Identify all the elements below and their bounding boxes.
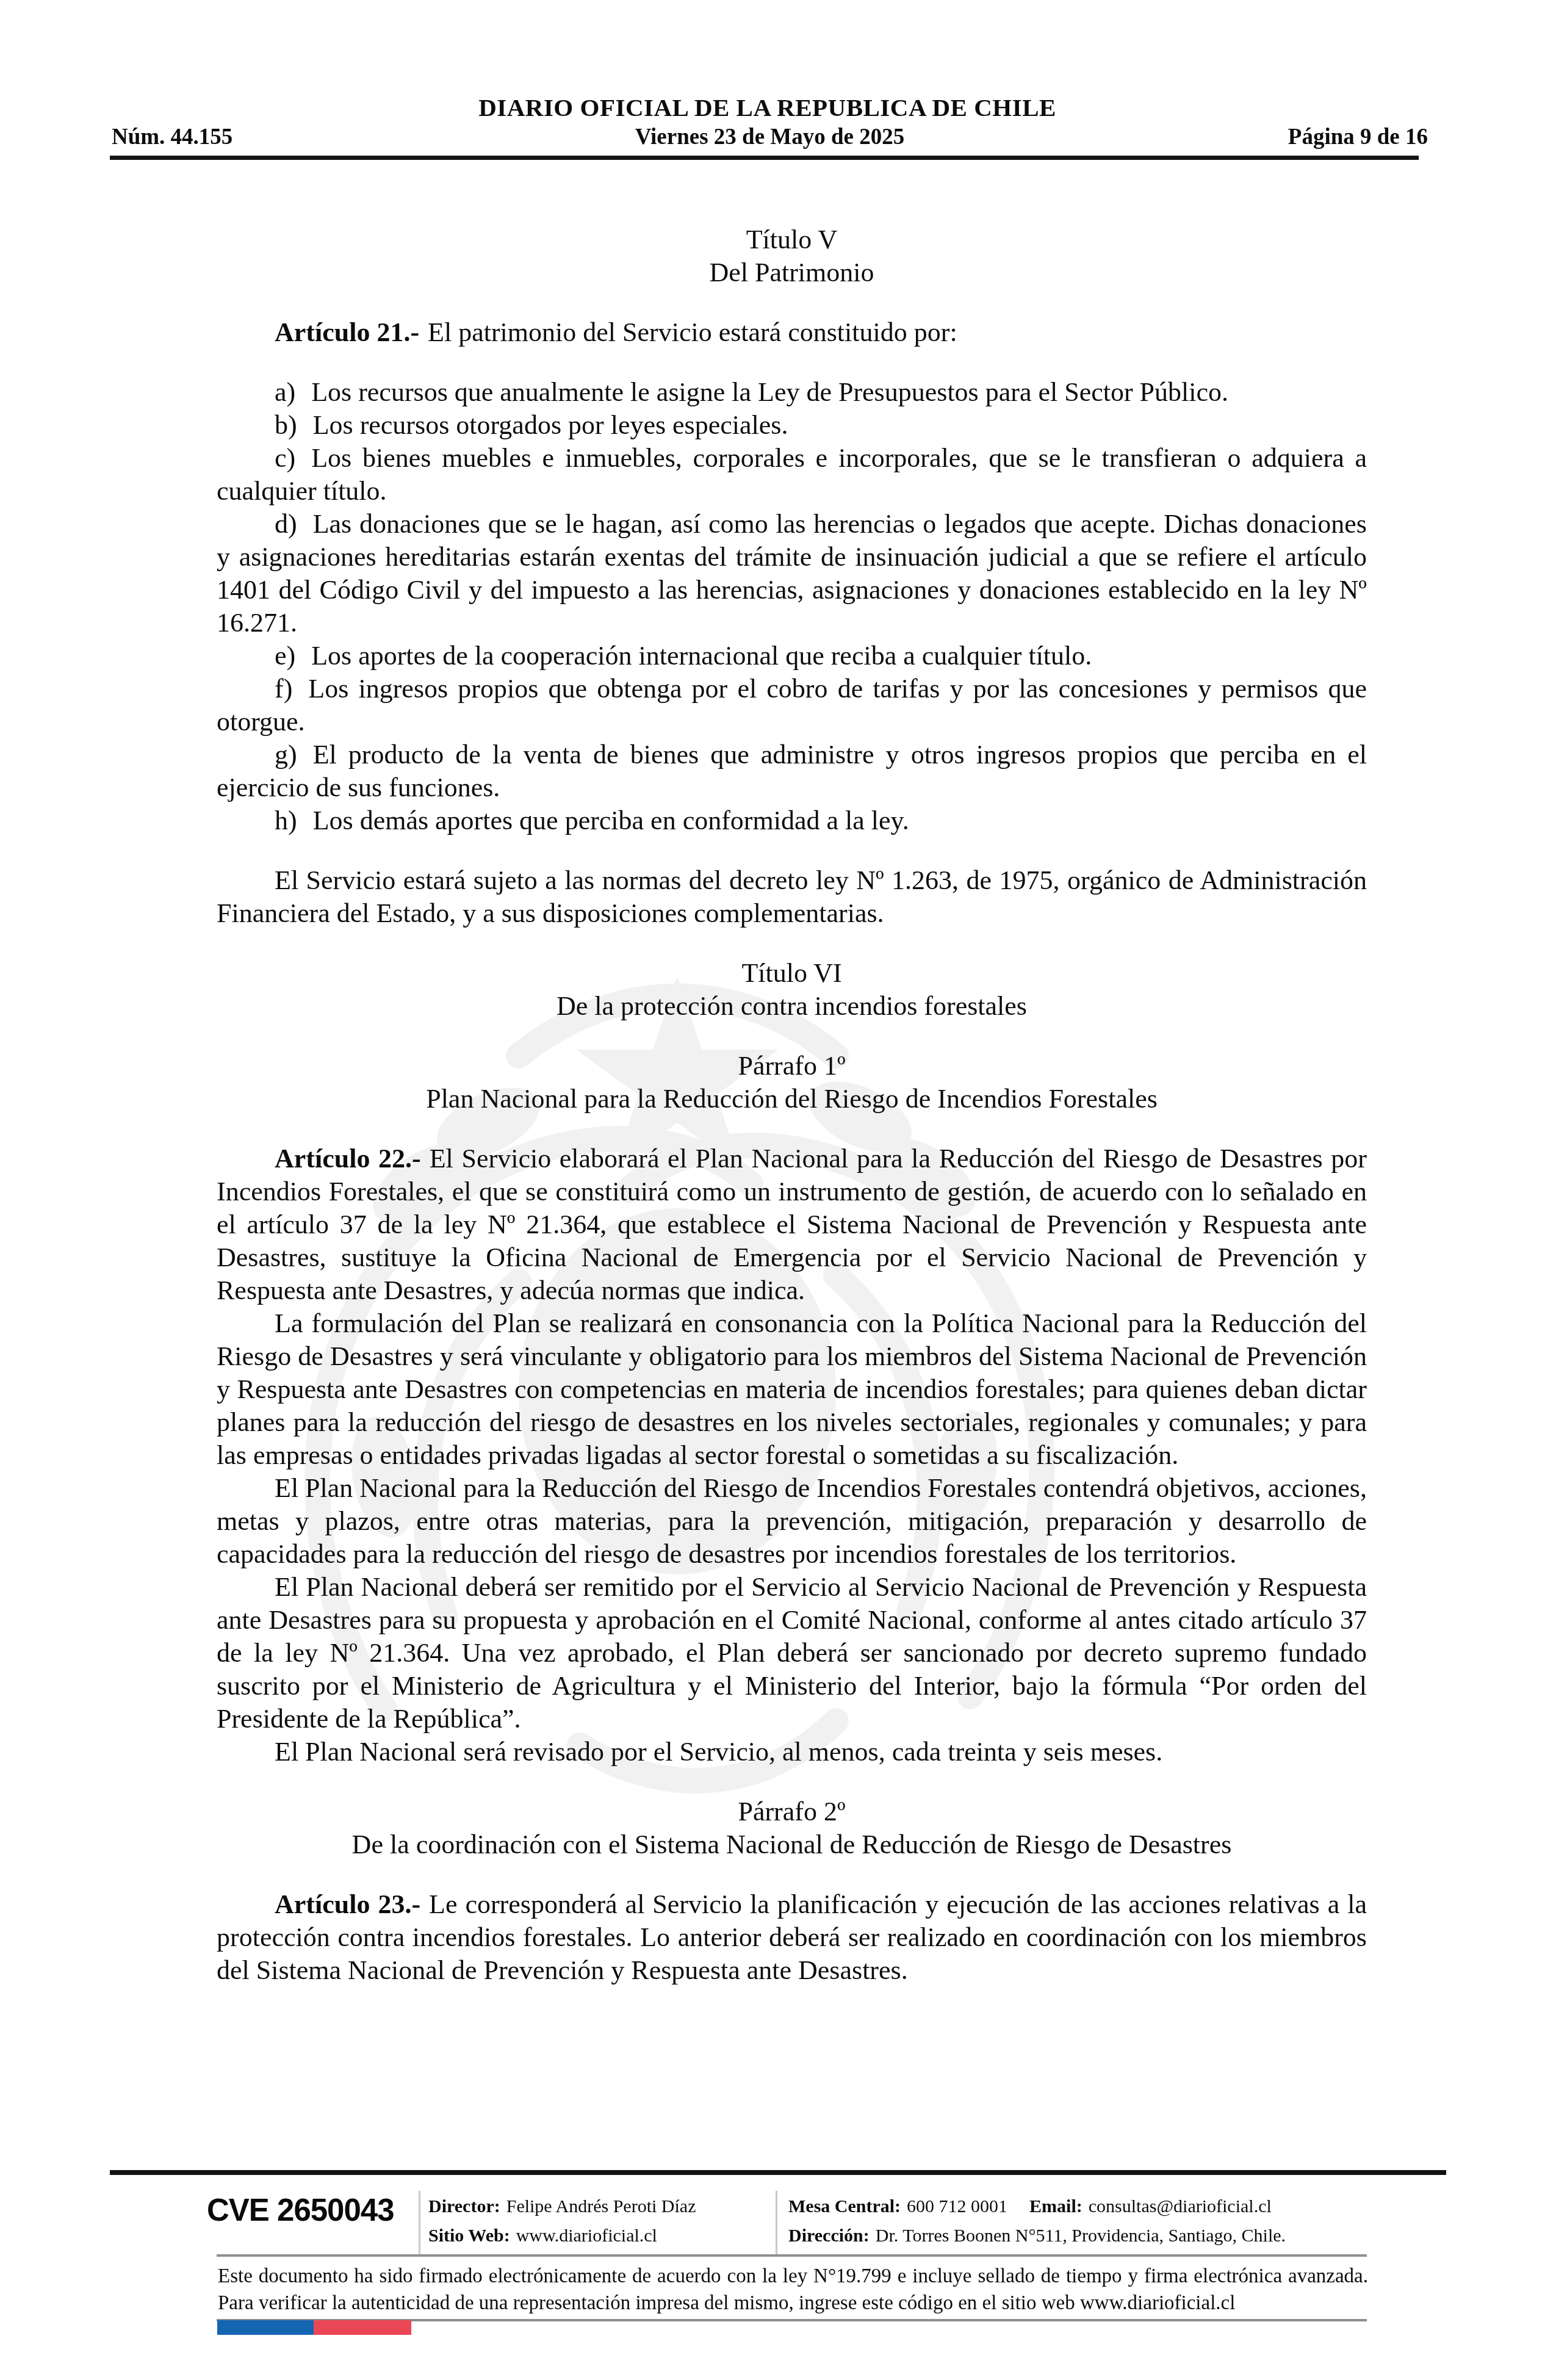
decreto-paragraph: El Servicio estará sujeto a las normas d…	[217, 864, 1367, 930]
phone-email-line: Mesa Central:600 712 0001Email:consultas…	[788, 2192, 1286, 2221]
phone-label: Mesa Central:	[788, 2196, 901, 2216]
articulo-22-paragraph-5: El Plan Nacional será revisado por el Se…	[217, 1736, 1367, 1769]
director-line: Director:Felipe Andrés Peroti Díaz	[428, 2192, 696, 2221]
director-name: Felipe Andrés Peroti Díaz	[506, 2196, 696, 2216]
articulo-22-paragraph-1: Artículo 22.-El Servicio elaborará el Pl…	[217, 1142, 1367, 1307]
titulo-vi-heading: Título VI	[217, 957, 1367, 990]
page-indicator: Página 9 de 16	[1288, 124, 1428, 150]
item-text: El producto de la venta de bienes que ad…	[217, 740, 1367, 802]
director-label: Director:	[428, 2196, 500, 2216]
footer-divider-1	[419, 2191, 420, 2256]
item-text: Los ingresos propios que obtenga por el …	[217, 674, 1367, 737]
publication-date: Viernes 23 de Mayo de 2025	[635, 124, 905, 150]
articulo-22-paragraph-3: El Plan Nacional para la Reducción del R…	[217, 1472, 1367, 1571]
item-letter: a)	[275, 377, 295, 407]
footer-director-column: Director:Felipe Andrés Peroti Díaz Sitio…	[428, 2192, 696, 2251]
articulo-23-paragraph: Artículo 23.-Le corresponderá al Servici…	[217, 1888, 1367, 1987]
signature-disclaimer: Este documento ha sido firmado electróni…	[218, 2263, 1368, 2317]
item-text: Los bienes muebles e inmuebles, corporal…	[217, 443, 1367, 506]
list-item-a: a)Los recursos que anualmente le asigne …	[217, 376, 1367, 409]
website-line: Sitio Web:www.diarioficial.cl	[428, 2221, 696, 2251]
address-text: Dr. Torres Boonen N°511, Providencia, Sa…	[876, 2226, 1286, 2246]
publication-title: DIARIO OFICIAL DE LA REPUBLICA DE CHILE	[110, 93, 1425, 122]
document-body: Título V Del Patrimonio Artículo 21.-El …	[217, 223, 1367, 1987]
chile-flag-mark	[217, 2320, 411, 2335]
list-item-h: h)Los demás aportes que perciba en confo…	[217, 804, 1367, 837]
list-item-f: f)Los ingresos propios que obtenga por e…	[217, 673, 1367, 738]
header-rule	[110, 156, 1419, 160]
footer-contact-column: Mesa Central:600 712 0001Email:consultas…	[788, 2192, 1286, 2251]
header-meta-row: Núm. 44.155 Viernes 23 de Mayo de 2025 P…	[112, 124, 1428, 151]
website-url: www.diarioficial.cl	[516, 2226, 657, 2246]
articulo-21-paragraph: Artículo 21.-El patrimonio del Servicio …	[217, 316, 1367, 349]
email-address: consultas@diarioficial.cl	[1089, 2196, 1272, 2216]
flag-red-block	[314, 2320, 411, 2335]
item-text: Los aportes de la cooperación internacio…	[311, 641, 1092, 671]
articulo-21-intro: El patrimonio del Servicio estará consti…	[428, 317, 957, 347]
cve-number: CVE 2650043	[207, 2192, 394, 2228]
item-letter: g)	[275, 740, 297, 770]
address-line: Dirección:Dr. Torres Boonen N°511, Provi…	[788, 2221, 1286, 2251]
item-text: Los demás aportes que perciba en conform…	[313, 806, 909, 835]
articulo-22-label: Artículo 22.-	[275, 1144, 421, 1174]
document-page: DIARIO OFICIAL DE LA REPUBLICA DE CHILE …	[0, 0, 1556, 2380]
item-text: Las donaciones que se le hagan, así como…	[217, 509, 1367, 638]
item-text: Los recursos otorgados por leyes especia…	[313, 410, 788, 440]
item-letter: b)	[275, 410, 297, 440]
list-item-e: e)Los aportes de la cooperación internac…	[217, 640, 1367, 673]
item-letter: h)	[275, 806, 297, 835]
list-item-b: b)Los recursos otorgados por leyes espec…	[217, 409, 1367, 442]
titulo-v-subheading: Del Patrimonio	[217, 256, 1367, 289]
parrafo-2-heading: Párrafo 2º	[217, 1795, 1367, 1828]
issue-number: Núm. 44.155	[112, 124, 232, 150]
articulo-21-label: Artículo 21.-	[275, 317, 419, 347]
articulo-22-paragraph-2: La formulación del Plan se realizará en …	[217, 1307, 1367, 1472]
footer-gray-rule-top	[217, 2254, 1367, 2257]
item-letter: e)	[275, 641, 295, 671]
item-letter: c)	[275, 443, 295, 473]
list-item-c: c)Los bienes muebles e inmuebles, corpor…	[217, 442, 1367, 508]
parrafo-1-subheading: Plan Nacional para la Reducción del Ries…	[217, 1083, 1367, 1116]
email-label: Email:	[1029, 2196, 1082, 2216]
titulo-v-heading: Título V	[217, 223, 1367, 256]
parrafo-2-subheading: De la coordinación con el Sistema Nacion…	[217, 1828, 1367, 1861]
articulo-22-paragraph-4: El Plan Nacional deberá ser remitido por…	[217, 1571, 1367, 1736]
footer-divider-2	[776, 2191, 777, 2256]
phone-number: 600 712 0001	[907, 2196, 1007, 2216]
item-letter: d)	[275, 509, 297, 539]
flag-blue-block	[217, 2320, 314, 2335]
website-label: Sitio Web:	[428, 2226, 510, 2246]
address-label: Dirección:	[788, 2226, 870, 2246]
titulo-vi-subheading: De la protección contra incendios forest…	[217, 990, 1367, 1023]
item-letter: f)	[275, 674, 292, 704]
articulo-23-label: Artículo 23.-	[275, 1889, 420, 1919]
footer-top-rule	[110, 2170, 1446, 2175]
list-item-d: d)Las donaciones que se le hagan, así co…	[217, 508, 1367, 640]
list-item-g: g)El producto de la venta de bienes que …	[217, 738, 1367, 804]
item-text: Los recursos que anualmente le asigne la…	[311, 377, 1228, 407]
parrafo-1-heading: Párrafo 1º	[217, 1050, 1367, 1083]
